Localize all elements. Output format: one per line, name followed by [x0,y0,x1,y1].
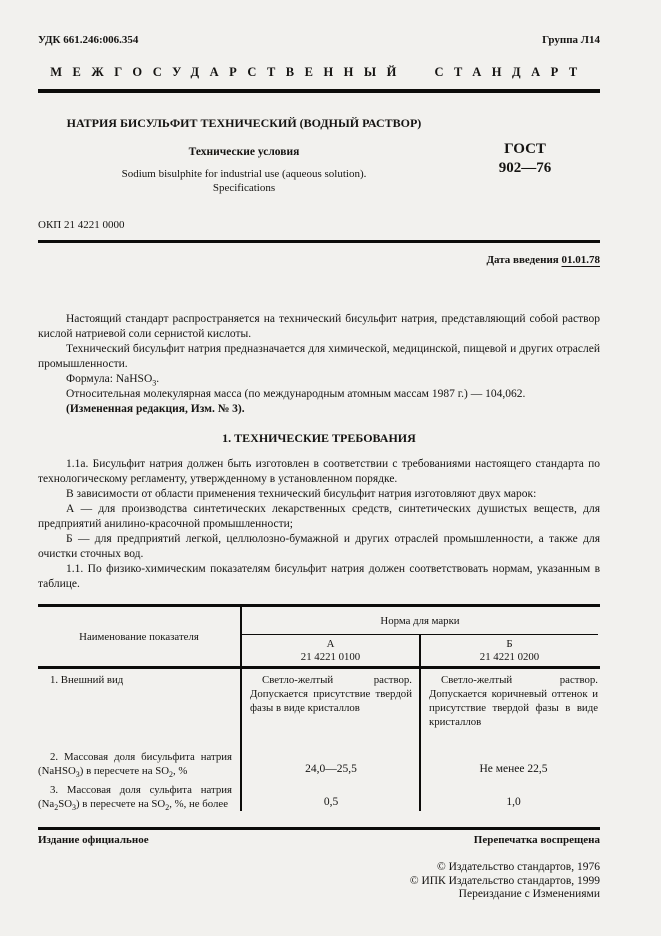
intro-paragraph-2: Технический бисульфит натрия предназнача… [38,342,600,372]
footer-notices: Издание официальное Перепечатка воспреще… [38,834,600,846]
row2-mark-a-value: 24,0—25,5 [242,733,421,778]
title-column: НАТРИЯ БИСУЛЬФИТ ТЕХНИЧЕСКИЙ (ВОДНЫЙ РАС… [38,116,450,195]
gost-number: 902—76 [450,159,600,178]
copyright-line-1999: © ИПК Издательство стандартов, 1999 [38,875,600,889]
title-section: НАТРИЯ БИСУЛЬФИТ ТЕХНИЧЕСКИЙ (ВОДНЫЙ РАС… [38,116,600,195]
document-title-ru: НАТРИЯ БИСУЛЬФИТ ТЕХНИЧЕСКИЙ (ВОДНЫЙ РАС… [38,116,450,131]
section1-paragraph-5: 1.1. По физико-химическим показателям би… [38,562,600,592]
gost-designation: ГОСТ 902—76 [450,140,600,195]
table-row: 3. Массовая доля сульфита натрия (Na2SO3… [38,778,600,811]
okp-code: ОКП 21 4221 0000 [38,219,600,231]
mark-b-label: Б [506,638,512,651]
mark-subheaders: А 21 4221 0100 Б 21 4221 0200 [242,635,598,666]
mark-a-label: А [327,638,335,651]
table-header: Наименование показателя Норма для марки … [38,604,600,669]
row2-indicator-cell: 2. Массовая доля бисульфита натрия (NaHS… [38,733,242,778]
intro-formula: Формула: NaHSO3. [38,372,600,387]
intro-paragraph-1: Настоящий стандарт распространяется на т… [38,312,600,342]
mark-b-header: Б 21 4221 0200 [421,635,598,666]
mark-a-code: 21 4221 0100 [301,651,360,664]
document-subtitle-ru: Технические условия [38,146,450,158]
header-rule [38,89,600,93]
copyright-line-1976: © Издательство стандартов, 1976 [38,861,600,875]
title-rule [38,240,600,243]
row1-indicator-cell: 1. Внешний вид [38,669,242,733]
mark-b-code: 21 4221 0200 [480,651,539,664]
norm-header: Норма для марки [242,607,598,635]
section1-grade-b-item: Б — для предприятий легкой, целлюлозно-б… [38,532,600,562]
document-page: УДК 661.246:006.354 Группа Л14 МЕЖГОСУДА… [0,0,661,902]
section1-paragraph-2: В зависимости от области применения техн… [38,487,600,502]
row3-mark-a-value: 0,5 [242,778,421,811]
row3-indicator-cell: 3. Массовая доля сульфита натрия (Na2SO3… [38,778,242,811]
section1-heading: 1. ТЕХНИЧЕСКИЕ ТРЕБОВАНИЯ [38,431,600,446]
document-body: Настоящий стандарт распространяется на т… [38,312,600,592]
intro-amendment-note: (Измененная редакция, Изм. № 3). [38,402,600,417]
official-edition-note: Издание официальное [38,834,149,846]
document-title-en: Sodium bisulphite for industrial use (aq… [38,167,450,195]
group-code: Группа Л14 [542,34,600,46]
row1-mark-a-cell: Светло-желтый раствор. Допускается прису… [242,669,421,733]
title-en-line2: Specifications [38,181,450,195]
column-header-indicator: Наименование показателя [38,607,242,666]
mark-a-header: А 21 4221 0100 [242,635,421,666]
table-row: 2. Массовая доля бисульфита натрия (NaHS… [38,733,600,778]
intro-paragraph-4: Относительная молекулярная масса (по меж… [38,387,600,402]
reissue-note: Переиздание с Изменениями [38,888,600,902]
standard-type-title: МЕЖГОСУДАРСТВЕННЫЙ СТАНДАРТ [38,65,600,80]
udk-code: УДК 661.246:006.354 [38,34,138,46]
table-row: 1. Внешний вид Светло-желтый раствор. До… [38,669,600,733]
copyright-block: © Издательство стандартов, 1976 © ИПК Из… [38,861,600,902]
footer-rule [38,827,600,830]
reprint-prohibited-note: Перепечатка воспрещена [474,834,600,846]
classification-row: УДК 661.246:006.354 Группа Л14 [38,34,600,46]
effective-date-line: Дата введения 01.01.78 [38,254,600,266]
specification-table: Наименование показателя Норма для марки … [38,604,600,811]
row3-mark-b-value: 1,0 [421,778,598,811]
row1-mark-b-cell: Светло-желтый раствор. Допускается корич… [421,669,598,733]
effective-date-value: 01.01.78 [562,254,601,266]
gost-label: ГОСТ [450,140,600,159]
section1-grade-a-item: А — для производства синтетических лекар… [38,502,600,532]
effective-date-label: Дата введения [486,254,558,266]
norm-header-group: Норма для марки А 21 4221 0100 Б 21 4221… [242,607,598,666]
row2-mark-b-value: Не менее 22,5 [421,733,598,778]
title-en-line1: Sodium bisulphite for industrial use (aq… [38,167,450,181]
section1-paragraph-1: 1.1а. Бисульфит натрия должен быть изгот… [38,457,600,487]
